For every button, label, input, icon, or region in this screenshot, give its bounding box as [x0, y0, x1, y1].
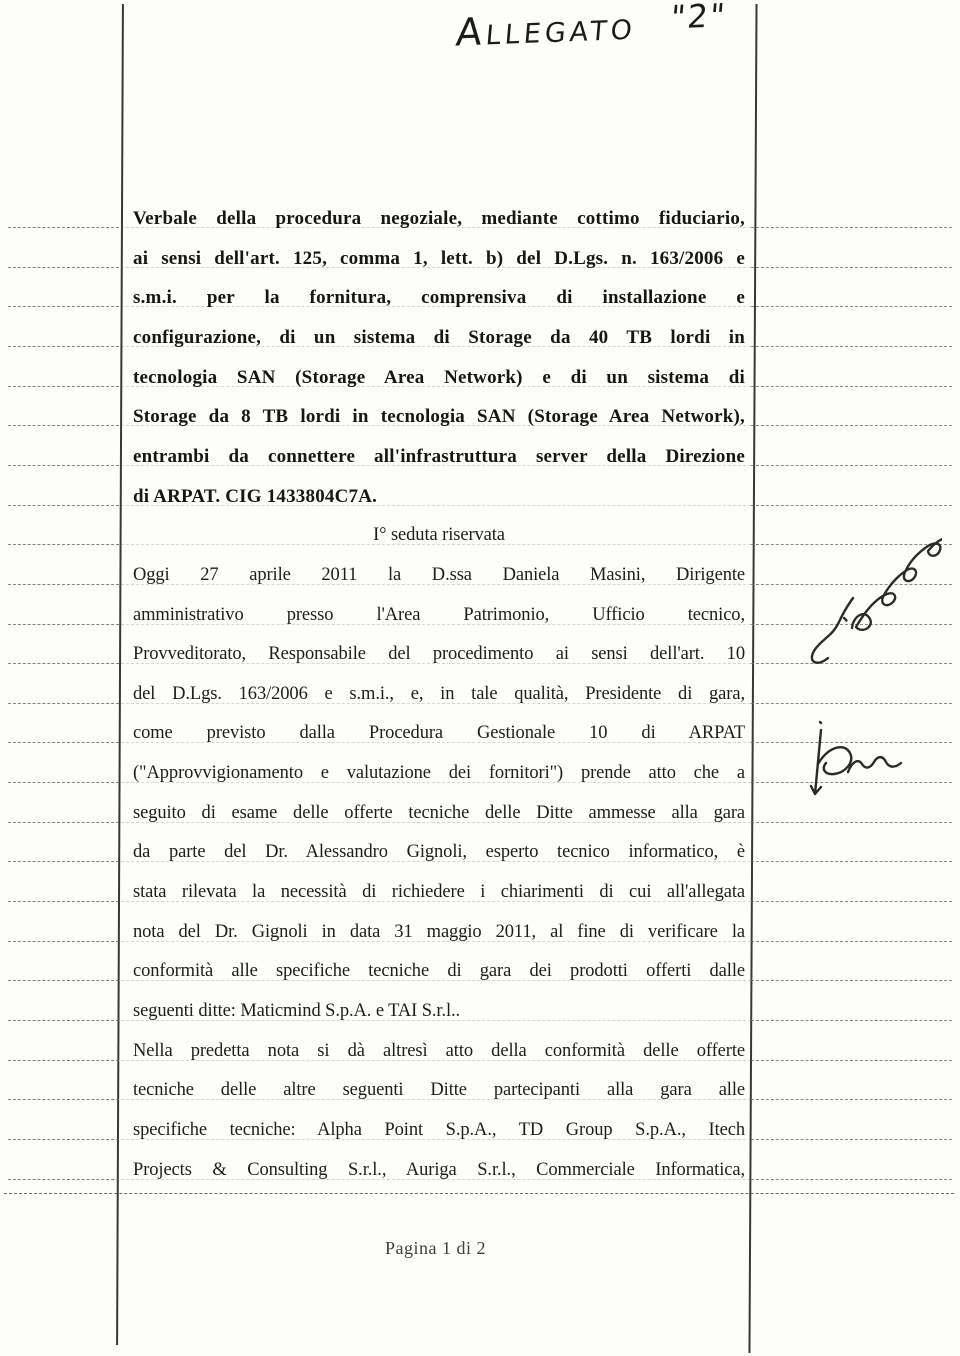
document-line-row: stata rilevata la necessità di richieder… [8, 873, 952, 913]
ruled-line [751, 267, 952, 268]
ruled-line [751, 1060, 952, 1061]
document-line-text: specifiche tecniche: Alpha Point S.p.A.,… [133, 1111, 745, 1151]
document-line-text: come previsto dalla Procedura Gestionale… [133, 714, 745, 754]
ruled-line [8, 822, 119, 823]
document-line-text: tecnologia SAN (Storage Area Network) e … [133, 358, 745, 398]
ruled-line [751, 306, 952, 307]
annotation-word: ALLEGATO [455, 7, 638, 52]
document-line-row: da parte del Dr. Alessandro Gignoli, esp… [8, 833, 952, 873]
ruled-line [751, 1020, 952, 1021]
document-line-text: I° seduta riservata [133, 516, 745, 556]
ruled-line [8, 544, 119, 545]
document-line-text: da parte del Dr. Alessandro Gignoli, esp… [133, 833, 745, 873]
ruled-line [751, 346, 952, 347]
ruled-line [8, 663, 119, 664]
document-line-text: del D.Lgs. 163/2006 e s.m.i., e, in tale… [133, 675, 745, 715]
handwritten-annotation: ALLEGATO "2" [455, 2, 748, 51]
signature-secretary [796, 718, 904, 806]
ruled-line [751, 941, 952, 942]
document-line-text: configurazione, di un sistema di Storage… [133, 318, 745, 358]
document-line-row: conformità alle specifiche tecniche di g… [8, 952, 952, 992]
ruled-line [751, 386, 952, 387]
document-line-row: specifiche tecniche: Alpha Point S.p.A.,… [8, 1111, 952, 1151]
document-line-text: ai sensi dell'art. 125, comma 1, lett. b… [133, 239, 745, 279]
document-line-row: Projects & Consulting S.r.l., Auriga S.r… [8, 1151, 952, 1191]
document-line-row: tecniche delle altre seguenti Ditte part… [8, 1071, 952, 1111]
document-line-text: tecniche delle altre seguenti Ditte part… [133, 1071, 745, 1111]
ruled-line [751, 980, 952, 981]
ruled-line [8, 505, 119, 506]
ruled-line [8, 861, 119, 862]
document-line-text: stata rilevata la necessità di richieder… [133, 873, 745, 913]
ruled-line [8, 584, 119, 585]
document-line-text: seguito di esame delle offerte tecniche … [133, 794, 745, 834]
ruled-line [8, 703, 119, 704]
document-line-text: di ARPAT. CIG 1433804C7A. [133, 477, 745, 517]
ruled-line [8, 267, 119, 268]
document-line-text: s.m.i. per la fornitura, comprensiva di … [133, 278, 745, 318]
document-line-row: s.m.i. per la fornitura, comprensiva di … [8, 278, 952, 318]
ruled-line [751, 861, 952, 862]
ruled-line [8, 901, 119, 902]
ruled-line [8, 980, 119, 981]
ruled-line [8, 1099, 119, 1100]
document-line-text: entrambi da connettere all'infrastruttur… [133, 437, 745, 477]
ruled-line [751, 901, 952, 902]
document-line-row: del D.Lgs. 163/2006 e s.m.i., e, in tale… [8, 675, 952, 715]
ruled-line [8, 1139, 119, 1140]
document-line-row: tecnologia SAN (Storage Area Network) e … [8, 358, 952, 398]
ruled-line [8, 386, 119, 387]
document-line-text: amministrativo presso l'Area Patrimonio,… [133, 596, 745, 636]
ruled-line [8, 346, 119, 347]
ruled-line [751, 1139, 952, 1140]
ruled-line [8, 742, 119, 743]
document-line-row: seguenti ditte: Maticmind S.p.A. e TAI S… [8, 992, 952, 1032]
ruled-line [751, 1099, 952, 1100]
document-line-text: conformità alle specifiche tecniche di g… [133, 952, 745, 992]
ruled-line [8, 1060, 119, 1061]
ruled-line [751, 1179, 952, 1180]
document-line-text: seguenti ditte: Maticmind S.p.A. e TAI S… [133, 992, 745, 1032]
signature-president [798, 506, 942, 674]
document-line-row: configurazione, di un sistema di Storage… [8, 318, 952, 358]
document-line-row: nota del Dr. Gignoli in data 31 maggio 2… [8, 913, 952, 953]
scanned-document-page: ALLEGATO "2" Verbale della procedura neg… [0, 0, 960, 1356]
document-line-row: Verbale della procedura negoziale, media… [8, 199, 952, 239]
ruled-line [8, 465, 119, 466]
ruled-line [751, 227, 952, 228]
ruled-line [751, 822, 952, 823]
document-line-text: nota del Dr. Gignoli in data 31 maggio 2… [133, 913, 745, 953]
closing-ruled-line [4, 1193, 954, 1194]
ruled-line [751, 465, 952, 466]
document-line-row: Storage da 8 TB lordi in tecnologia SAN … [8, 397, 952, 437]
document-line-row: Nella predetta nota si dà altresì atto d… [8, 1032, 952, 1072]
document-line-text: Provveditorato, Responsabile del procedi… [133, 635, 745, 675]
ruled-line [8, 425, 119, 426]
ruled-line [751, 425, 952, 426]
document-line-text: Storage da 8 TB lordi in tecnologia SAN … [133, 397, 745, 437]
page-number: Pagina 1 di 2 [119, 1238, 752, 1259]
ruled-line [8, 1179, 119, 1180]
ruled-line [8, 782, 119, 783]
document-line-row: ai sensi dell'art. 125, comma 1, lett. b… [8, 239, 952, 279]
document-line-text: ("Approvvigionamento e valutazione dei f… [133, 754, 745, 794]
ruled-line [8, 306, 119, 307]
document-line-text: Projects & Consulting S.r.l., Auriga S.r… [133, 1151, 745, 1191]
ruled-line [8, 624, 119, 625]
ruled-line [8, 1020, 119, 1021]
document-line-row: entrambi da connettere all'infrastruttur… [8, 437, 952, 477]
annotation-number: "2" [669, 0, 727, 33]
ruled-line [8, 941, 119, 942]
document-line-text: Oggi 27 aprile 2011 la D.ssa Daniela Mas… [133, 556, 745, 596]
ruled-line [8, 227, 119, 228]
ruled-line [751, 703, 952, 704]
document-line-text: Nella predetta nota si dà altresì atto d… [133, 1032, 745, 1072]
document-line-text: Verbale della procedura negoziale, media… [133, 199, 745, 239]
